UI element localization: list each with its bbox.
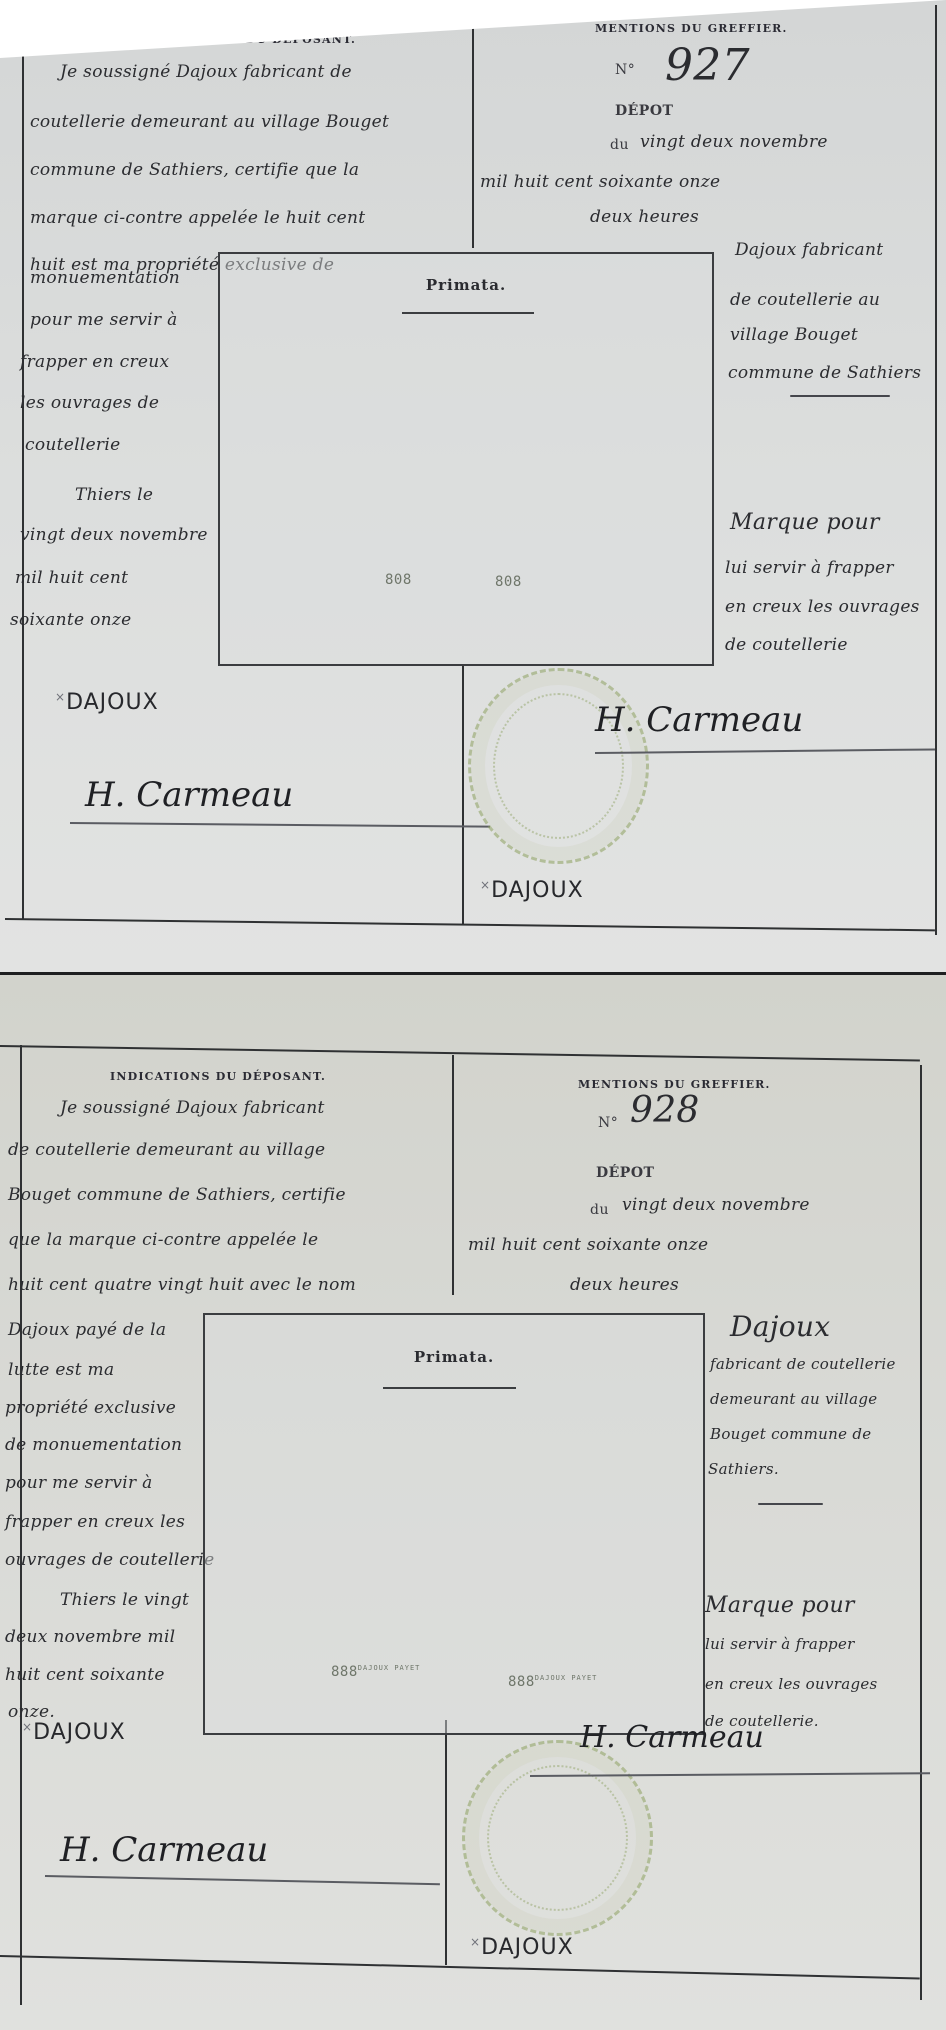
number-label: N° [598, 1115, 618, 1131]
depositor-line: Sathiers. [708, 1460, 779, 1478]
purpose-line: lui servir à frapper [705, 1635, 855, 1653]
deposant-line: de monuementation [5, 1435, 182, 1455]
purpose-line: de coutellerie [725, 635, 848, 655]
deposant-line: de coutellerie demeurant au village [8, 1140, 325, 1160]
depositor-line: Dajoux fabricant [735, 240, 883, 260]
header-indications-deposant: INDICATIONS DU DÉPOSANT. [140, 33, 356, 46]
mark-stamp-888-dajoux-payet: 888DAJOUX PAYET [331, 1664, 420, 1680]
trademark-deposit-sheet-927: INDICATIONS DU DÉPOSANT. MENTIONS DU GRE… [0, 0, 946, 975]
mark-stamp-888-dajoux-payet: 888DAJOUX PAYET [508, 1674, 597, 1690]
x-mark-icon: × [22, 1720, 33, 1734]
column-divider-top [472, 18, 474, 248]
right-border [935, 5, 937, 935]
trademark-mark-box: Primata. 888DAJOUX PAYET 888DAJOUX PAYET [203, 1313, 705, 1735]
depositant-mark: ×DAJOUX [22, 1720, 126, 1745]
deposant-line: Bouget commune de Sathiers, certifie [8, 1185, 346, 1205]
depositant-section-signature: H. Carmeau [85, 775, 293, 815]
deposant-line: onze. [8, 1702, 55, 1722]
deposant-line: que la marque ci-contre appelée le [8, 1230, 318, 1250]
bottom-border [5, 918, 935, 931]
deposit-number: 928 [630, 1090, 700, 1131]
deposant-line: Dajoux payé de la [8, 1320, 166, 1340]
deposant-line: Thiers le vingt [60, 1590, 189, 1610]
official-seal [462, 1740, 653, 1936]
left-border [22, 30, 24, 920]
deposant-line: Je soussigné Dajoux fabricant de [60, 62, 352, 82]
purpose-line: lui servir à frapper [725, 558, 894, 578]
header-indications-deposant: INDICATIONS DU DÉPOSANT. [110, 1070, 326, 1083]
du-label: du [610, 137, 629, 153]
greffier-signature: H. Carmeau [580, 1720, 764, 1755]
mark-stamp-808: 808 [385, 572, 412, 588]
deposant-line: huit cent soixante [5, 1665, 165, 1685]
deposant-line: pour me servir à [30, 310, 178, 330]
depot-date-line-1: vingt deux novembre [622, 1195, 810, 1215]
purpose-line: en creux les ouvrages [705, 1675, 878, 1693]
x-mark-icon: × [480, 878, 491, 892]
purpose-line: en creux les ouvrages [725, 597, 920, 617]
purpose-line: Marque pour [705, 1593, 855, 1618]
deposit-number: 927 [665, 40, 750, 91]
depot-time: deux heures [570, 1275, 679, 1295]
depositor-line: de coutellerie au [730, 290, 880, 310]
depot-date-line-1: vingt deux novembre [640, 132, 828, 152]
signature-divider [462, 665, 464, 925]
deposant-line: frapper en creux les [5, 1512, 185, 1532]
mark-box-title: Primata. [205, 1348, 703, 1366]
title-underline [383, 1387, 516, 1389]
number-label: N° [615, 62, 635, 78]
bottom-depositant-mark: ×DAJOUX [480, 878, 584, 903]
deposant-line: ouvrages de coutellerie [5, 1550, 215, 1570]
depot-date-line-2: mil huit cent soixante onze [468, 1235, 708, 1255]
deposant-line: mil huit cent [15, 568, 128, 588]
deposant-line: monuementation [30, 268, 180, 288]
depositant-section-signature: H. Carmeau [60, 1830, 268, 1870]
depot-label: DÉPOT [596, 1165, 654, 1181]
depot-time: deux heures [590, 207, 699, 227]
trademark-mark-box: Primata. 808 808 [218, 252, 714, 666]
bottom-depositant-mark: ×DAJOUX [470, 1935, 574, 1960]
deposant-line: vingt deux novembre [20, 525, 208, 545]
greffier-signature: H. Carmeau [595, 700, 803, 740]
depositor-line: Dajoux [730, 1310, 830, 1343]
column-divider-top [452, 1055, 454, 1295]
bottom-border [0, 1955, 920, 1979]
title-underline [402, 312, 534, 314]
du-label: du [590, 1202, 609, 1218]
deposant-line: marque ci-contre appelée le huit cent [30, 208, 365, 228]
deposant-line: les ouvrages de [20, 393, 159, 413]
deposant-line: coutellerie [25, 435, 120, 455]
signature-underline [70, 822, 490, 827]
trademark-deposit-sheet-928: INDICATIONS DU DÉPOSANT. MENTIONS DU GRE… [0, 975, 946, 2030]
deposant-line: deux novembre mil [5, 1627, 175, 1647]
depositor-line: demeurant au village [710, 1390, 877, 1408]
deposant-line: coutellerie demeurant au village Bouget [30, 112, 389, 132]
deposant-line: huit cent quatre vingt huit avec le nom [8, 1275, 356, 1295]
x-mark-icon: × [55, 690, 66, 704]
mark-box-title: Primata. [220, 276, 712, 294]
signature-underline [45, 1875, 440, 1885]
deposant-line: Je soussigné Dajoux fabricant [60, 1098, 325, 1118]
x-mark-icon: × [470, 1935, 481, 1949]
deposant-line: Thiers le [75, 485, 153, 505]
depositor-line: Bouget commune de [710, 1425, 871, 1443]
depot-label: DÉPOT [615, 103, 673, 119]
official-seal [468, 668, 649, 864]
flourish [790, 395, 890, 397]
deposant-line: propriété exclusive [5, 1398, 176, 1418]
mark-stamp-808: 808 [495, 574, 522, 590]
right-border [920, 1065, 922, 2000]
deposant-line: soixante onze [10, 610, 131, 630]
header-mentions-greffier: MENTIONS DU GREFFIER. [595, 22, 788, 35]
top-border [0, 1045, 920, 1061]
depot-date-line-2: mil huit cent soixante onze [480, 172, 720, 192]
depositant-mark: ×DAJOUX [55, 690, 159, 715]
flourish [758, 1503, 823, 1505]
signature-divider [445, 1720, 447, 1965]
deposant-line: pour me servir à [5, 1473, 153, 1493]
deposant-line: commune de Sathiers, certifie que la [30, 160, 359, 180]
deposant-line: frapper en creux [20, 352, 169, 372]
depositor-line: village Bouget [730, 325, 858, 345]
deposant-line: lutte est ma [8, 1360, 114, 1380]
depositor-line: fabricant de coutellerie [710, 1355, 896, 1373]
depositor-line: commune de Sathiers [728, 363, 921, 383]
purpose-line: Marque pour [730, 510, 880, 535]
